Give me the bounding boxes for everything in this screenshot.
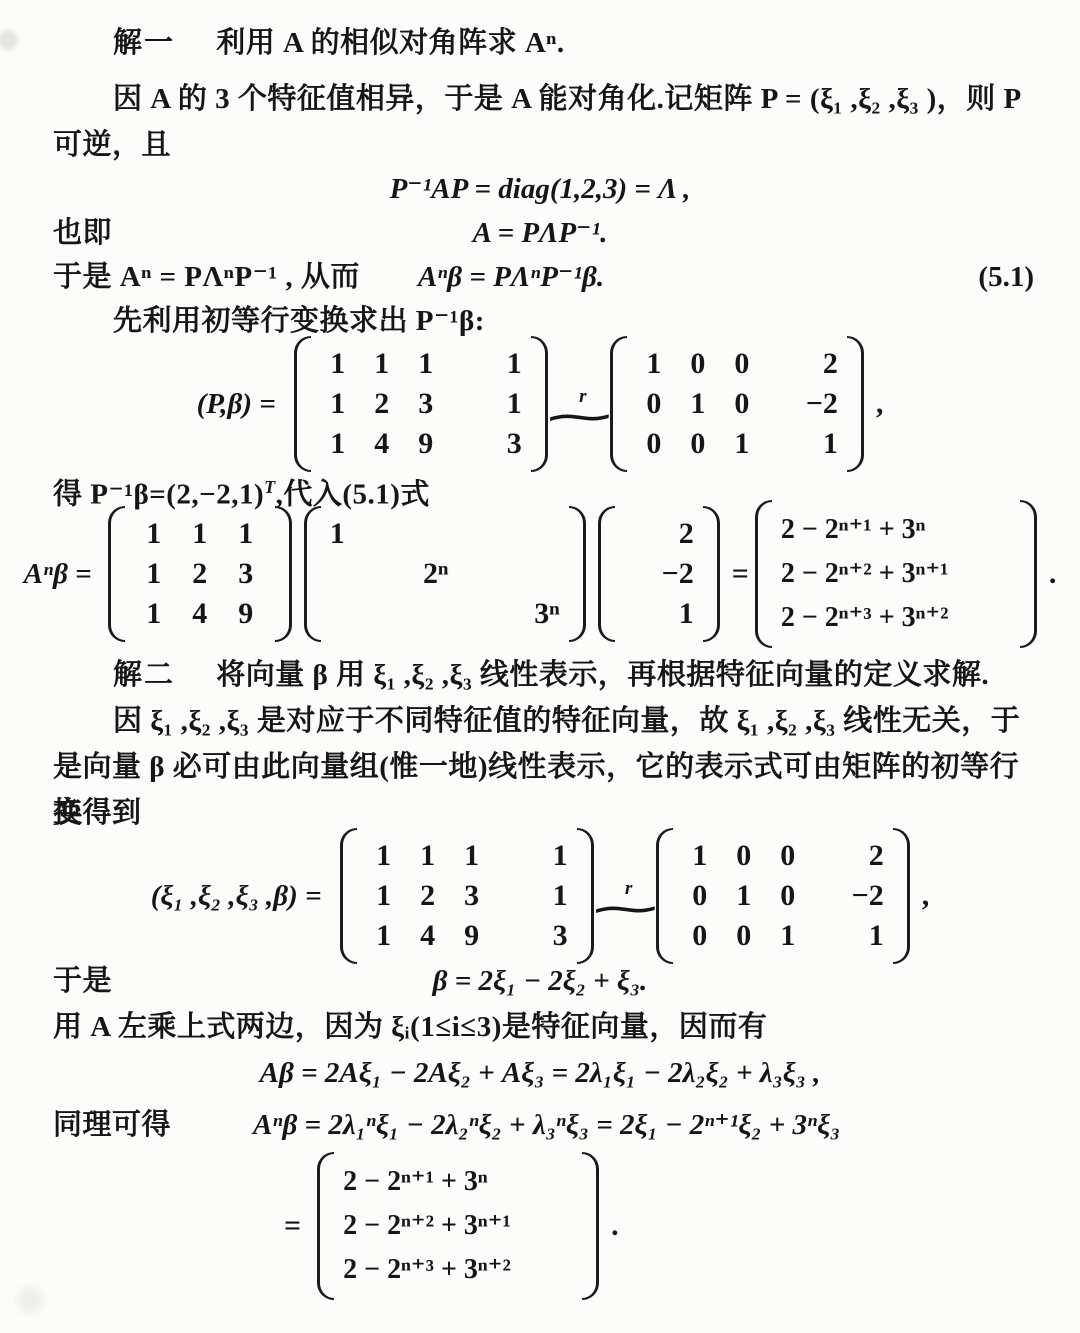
solution1-paragraph-line1: 因 A 的 3 个特征值相异，于是 A 能对角化.记矩阵 P = (ξ₁ ,ξ₂… [113, 76, 1034, 122]
augmented-matrix: 1111 1231 1493 [294, 336, 548, 472]
beta-equation-row: 于是 β = 2ξ₁ − 2ξ₂ + ξ₃. [0, 958, 1080, 1004]
similarly-label: 同理可得 [53, 1102, 171, 1148]
matrix-cell: 1 [366, 876, 402, 916]
matrix-cell: 0 [726, 836, 762, 876]
right-paren [275, 506, 292, 642]
coordinate-vector: 2 −2 1 [598, 506, 720, 642]
matrix-cell: 1 [320, 384, 356, 424]
matrix-cell: 1 [134, 554, 174, 594]
equals-sign: = [284, 1203, 301, 1249]
matrix-cell: 3 [454, 876, 490, 916]
result-vector: 2 − 2ⁿ⁺¹ + 3ⁿ 2 − 2ⁿ⁺² + 3ⁿ⁺¹ 2 − 2ⁿ⁺³ +… [755, 500, 1037, 648]
anbeta-expansion: Aⁿβ = 2λ₁ⁿξ₁ − 2λ₂ⁿξ₂ + λ₃ⁿξ₃ = 2ξ₁ − 2ⁿ… [253, 1102, 840, 1148]
matrix-cell: 2 [364, 384, 400, 424]
matrix-cell: 1 [498, 876, 568, 916]
matrix-cell [386, 514, 486, 554]
matrix-cell: 1 [452, 384, 522, 424]
equation-51-row: 于是 Aⁿ = PΛⁿP⁻¹ , 从而 Aⁿβ = PΛⁿP⁻¹β. (5.1) [53, 254, 1034, 300]
matrix-cell: 1 [454, 836, 490, 876]
equation-similar: A = PΛP⁻¹. [0, 210, 1080, 256]
matrix-cell: 3 [408, 384, 444, 424]
similarly-row: 同理可得 Aⁿβ = 2λ₁ⁿξ₁ − 2λ₂ⁿξ₂ + λ₃ⁿξ₃ = 2ξ₁… [53, 1102, 1034, 1148]
matrix-cell: 1 [366, 836, 402, 876]
matrix-cell: 2 [624, 514, 694, 554]
final-result-equation: = 2 − 2ⁿ⁺¹ + 3ⁿ 2 − 2ⁿ⁺² + 3ⁿ⁺¹ 2 − 2ⁿ⁺³… [278, 1152, 619, 1300]
solution2-paragraph-line2: 是向量 β 必可由此向量组(惟一地)线性表示，它的表示式可由矩阵的初等行变 [53, 744, 1034, 836]
solution1-label: 解一 [113, 27, 175, 59]
matrix-cell: 1 [814, 916, 884, 956]
solution1-paragraph-line2: 可逆，且 [53, 122, 171, 168]
equation-51-main: Aⁿβ = PΛⁿP⁻¹β. [418, 254, 604, 300]
matrix-cell: 0 [682, 876, 718, 916]
matrix-cell: 0 [636, 384, 672, 424]
equation-diagonalization: P⁻¹AP = diag(1,2,3) = Λ , [0, 166, 1080, 212]
left-paren [317, 1152, 334, 1300]
matrix-cell: 1 [134, 514, 174, 554]
equals-sign: = [732, 551, 749, 597]
left-paren [294, 336, 311, 472]
solution2-paragraph-line1: 因 ξ₁ ,ξ₂ ,ξ₃ 是对应于不同特征值的特征向量，故 ξ₁ ,ξ₂ ,ξ₃… [113, 698, 1034, 744]
matrix-cell: 0 [680, 344, 716, 384]
anb-equation: Aⁿβ = 111 123 149 1 2ⁿ 3ⁿ 2 −2 1 [0, 500, 1080, 648]
matrix-cell: 1 [636, 344, 672, 384]
matrix-cell: 3 [498, 916, 568, 956]
beta-equation: β = 2ξ₁ − 2ξ₂ + ξ₃. [0, 958, 1080, 1004]
matrix-cell: 1 [726, 876, 762, 916]
row-equivalence-symbol: r ∼ [564, 390, 594, 430]
left-paren [108, 506, 125, 642]
comma: , [876, 381, 884, 427]
equation-number: (5.1) [978, 254, 1034, 300]
equation-51-left: 于是 Aⁿ = PΛⁿP⁻¹ , 从而 [53, 254, 360, 300]
matrix-cell: 3 [452, 424, 522, 464]
matrix-cell: 4 [364, 424, 400, 464]
multiply-line: 用 A 左乘上式两边，因为 ξᵢ(1≤i≤3)是特征向量，因而有 [53, 1004, 1034, 1050]
tilde-icon: ∼ [540, 404, 618, 430]
matrix-cell: 1 [770, 916, 806, 956]
matrix-cell [330, 594, 382, 634]
matrix-cell: 1 [724, 424, 760, 464]
matrix-cell: 2ⁿ [386, 554, 486, 594]
matrix-cell: 2 − 2ⁿ⁺¹ + 3ⁿ [343, 1160, 573, 1204]
abeta-equation: Aβ = 2Aξ₁ − 2Aξ₂ + Aξ₃ = 2λ₁ξ₁ − 2λ₂ξ₂ +… [0, 1050, 1080, 1096]
matrix-cell [490, 554, 560, 594]
matrix-cell: 1 [364, 344, 400, 384]
equation-similar-row: 也即 A = PΛP⁻¹. [0, 210, 1080, 256]
matrix-cell: 2 − 2ⁿ⁺² + 3ⁿ⁺¹ [781, 552, 1011, 596]
matrix-cell: 9 [454, 916, 490, 956]
right-paren [569, 506, 586, 642]
matrix-cell: 1 [408, 344, 444, 384]
matrix-cell: −2 [768, 384, 838, 424]
xi-augmented-equation: (ξ₁ ,ξ₂ ,ξ₃ ,β) = 1111 1231 1493 r ∼ 100… [0, 828, 1080, 964]
matrix-cell: 1 [366, 916, 402, 956]
matrix-cell: 1 [180, 514, 220, 554]
matrix-cell: 0 [770, 836, 806, 876]
anb-label: Aⁿβ = [24, 551, 92, 597]
matrix-cell: 3 [226, 554, 266, 594]
matrix-cell: 0 [682, 916, 718, 956]
matrix-cell: 1 [768, 424, 838, 464]
transpose-sup: T [264, 477, 276, 497]
matrix-cell: 1 [134, 594, 174, 634]
matrix-cell: 1 [226, 514, 266, 554]
solution1-heading: 解一 利用 A 的相似对角阵求 Aⁿ. [113, 20, 565, 66]
solution2-heading: 解二 将向量 β 用 ξ₁ ,ξ₂ ,ξ₃ 线性表示，再根据特征向量的定义求解. [113, 652, 989, 698]
matrix-cell: 4 [410, 916, 446, 956]
xi-augmented-label: (ξ₁ ,ξ₂ ,ξ₃ ,β) = [151, 873, 322, 919]
matrix-cell: 1 [330, 514, 382, 554]
matrix-cell: 0 [724, 384, 760, 424]
matrix-cell: 1 [682, 836, 718, 876]
right-paren [582, 1152, 599, 1300]
solution1-intro: 利用 A 的相似对角阵求 Aⁿ. [216, 27, 564, 59]
matrix-cell: 1 [320, 424, 356, 464]
solution2-intro: 将向量 β 用 ξ₁ ,ξ₂ ,ξ₃ 线性表示，再根据特征向量的定义求解. [216, 659, 989, 691]
right-paren [703, 506, 720, 642]
period: . [611, 1203, 619, 1249]
right-paren [1020, 500, 1037, 648]
matrix-cell: 2 [768, 344, 838, 384]
tilde-icon: ∼ [585, 896, 663, 922]
matrix-cell: 3ⁿ [490, 594, 560, 634]
matrix-cell: 9 [226, 594, 266, 634]
coefficient-matrix: 111 123 149 [108, 506, 292, 642]
matrix-cell: 0 [636, 424, 672, 464]
matrix-cell: 1 [498, 836, 568, 876]
left-paren [598, 506, 615, 642]
matrix-cell: 0 [726, 916, 762, 956]
comma: , [922, 873, 930, 919]
scanned-textbook-page: 解一 利用 A 的相似对角阵求 Aⁿ. 因 A 的 3 个特征值相异，于是 A … [0, 0, 1080, 1333]
matrix-cell: 0 [770, 876, 806, 916]
matrix-cell: 2 [180, 554, 220, 594]
matrix-cell: 1 [624, 594, 694, 634]
matrix-cell: 1 [452, 344, 522, 384]
left-paren [304, 506, 321, 642]
result-vector: 2 − 2ⁿ⁺¹ + 3ⁿ 2 − 2ⁿ⁺² + 3ⁿ⁺¹ 2 − 2ⁿ⁺³ +… [317, 1152, 599, 1300]
matrix-cell: 0 [724, 344, 760, 384]
matrix-cell: 9 [408, 424, 444, 464]
augmented-equation: (P,β) = 1111 1231 1493 r ∼ 1002 010−2 00… [0, 336, 1080, 472]
right-paren [847, 336, 864, 472]
matrix-cell [490, 514, 560, 554]
left-paren [340, 828, 357, 964]
matrix-cell: 2 [814, 836, 884, 876]
reduced-matrix: 1002 010−2 0011 [656, 828, 910, 964]
matrix-cell: −2 [814, 876, 884, 916]
augmented-matrix: 1111 1231 1493 [340, 828, 594, 964]
matrix-cell: 2 − 2ⁿ⁺² + 3ⁿ⁺¹ [343, 1204, 573, 1248]
matrix-cell: 4 [180, 594, 220, 634]
diagonal-power-matrix: 1 2ⁿ 3ⁿ [304, 506, 586, 642]
solution2-label: 解二 [113, 659, 175, 691]
matrix-cell: 1 [680, 384, 716, 424]
augmented-label: (P,β) = [197, 381, 276, 427]
matrix-cell: 1 [410, 836, 446, 876]
matrix-cell: 2 − 2ⁿ⁺³ + 3ⁿ⁺² [781, 596, 1011, 640]
matrix-cell [330, 554, 382, 594]
matrix-cell: 2 − 2ⁿ⁺³ + 3ⁿ⁺² [343, 1248, 573, 1292]
matrix-cell: 1 [320, 344, 356, 384]
matrix-cell [386, 594, 486, 634]
reduced-matrix: 1002 010−2 0011 [610, 336, 864, 472]
period: . [1049, 551, 1057, 597]
row-equivalence-symbol: r ∼ [610, 882, 640, 922]
matrix-cell: 0 [680, 424, 716, 464]
left-paren [755, 500, 772, 648]
matrix-cell: −2 [624, 554, 694, 594]
matrix-cell: 2 − 2ⁿ⁺¹ + 3ⁿ [781, 508, 1011, 552]
right-paren [893, 828, 910, 964]
matrix-cell: 2 [410, 876, 446, 916]
